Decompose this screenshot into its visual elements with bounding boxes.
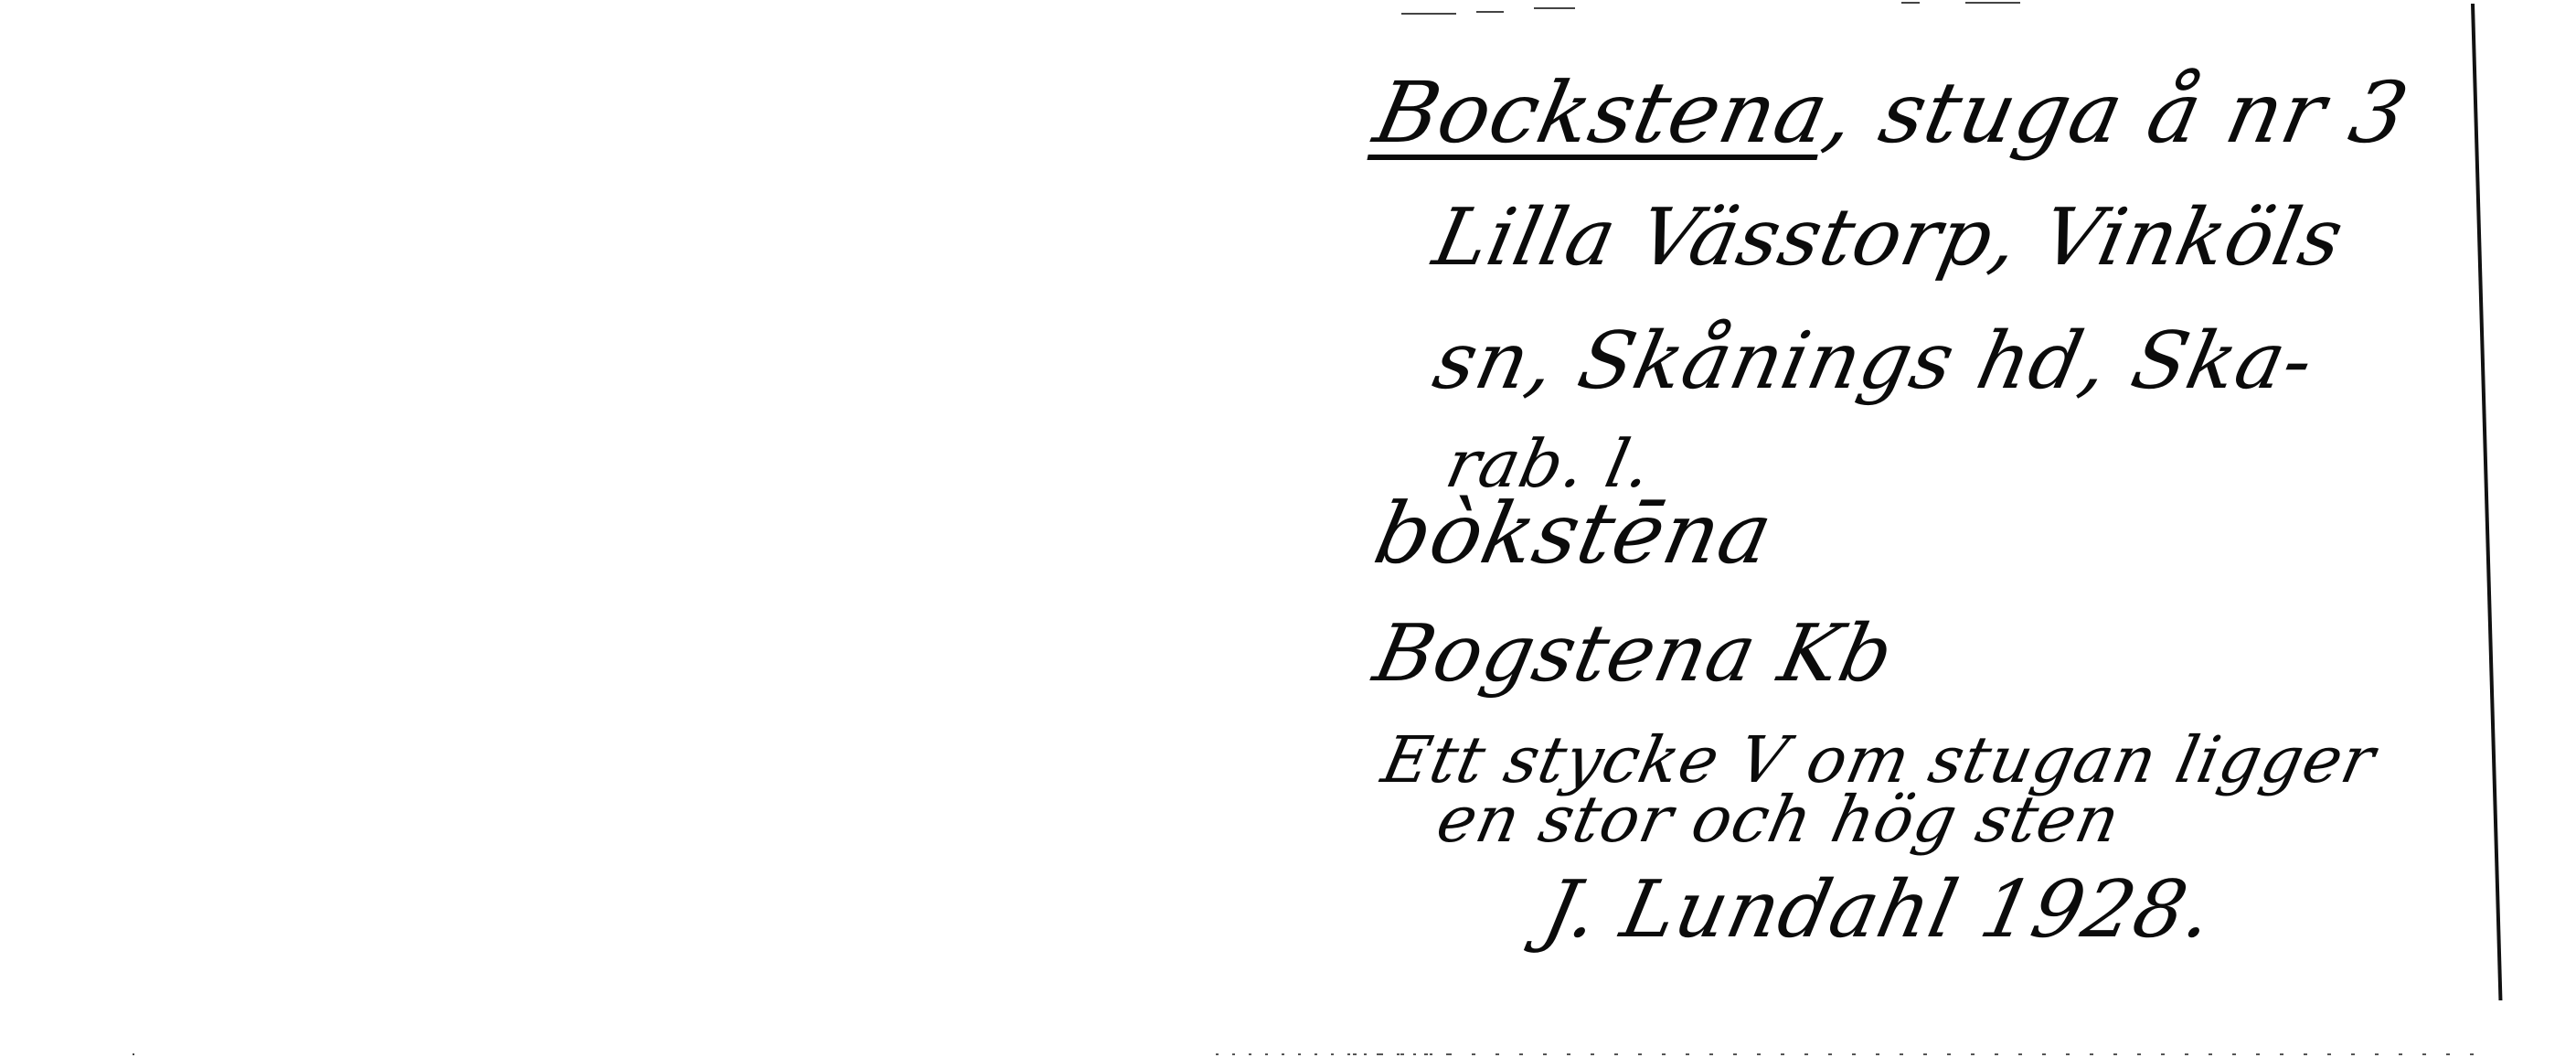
scan-noise bbox=[1965, 2, 2020, 4]
signature: J. Lundahl 1928. bbox=[1536, 864, 2221, 956]
scan-noise bbox=[1476, 11, 1504, 13]
scan-noise bbox=[1901, 2, 1920, 4]
scanned-card: Bockstena, stuga å nr 3 Lilla Vässtorp, … bbox=[0, 0, 2576, 1058]
card-right-border bbox=[2471, 4, 2502, 1000]
scan-noise bbox=[1401, 13, 1456, 15]
scan-noise bbox=[133, 1053, 134, 1055]
location-line-1: Lilla Vässtorp, Vinköls bbox=[1426, 192, 2351, 283]
heading-details: , stuga å nr 3 bbox=[1816, 64, 2417, 162]
location-line-2: sn, Skånings hd, Ska- bbox=[1426, 315, 2322, 407]
scan-noise bbox=[1353, 1053, 2477, 1055]
note-line-2: en stor och hög sten bbox=[1431, 782, 2127, 857]
scan-noise bbox=[1534, 7, 1575, 9]
map-form: Bogstena Kb bbox=[1367, 608, 1901, 700]
place-name: Bockstena bbox=[1367, 64, 1837, 162]
phonetic-form: bòkstēna bbox=[1367, 485, 1782, 582]
entry-heading-line: Bockstena, stuga å nr 3 bbox=[1367, 64, 2417, 162]
